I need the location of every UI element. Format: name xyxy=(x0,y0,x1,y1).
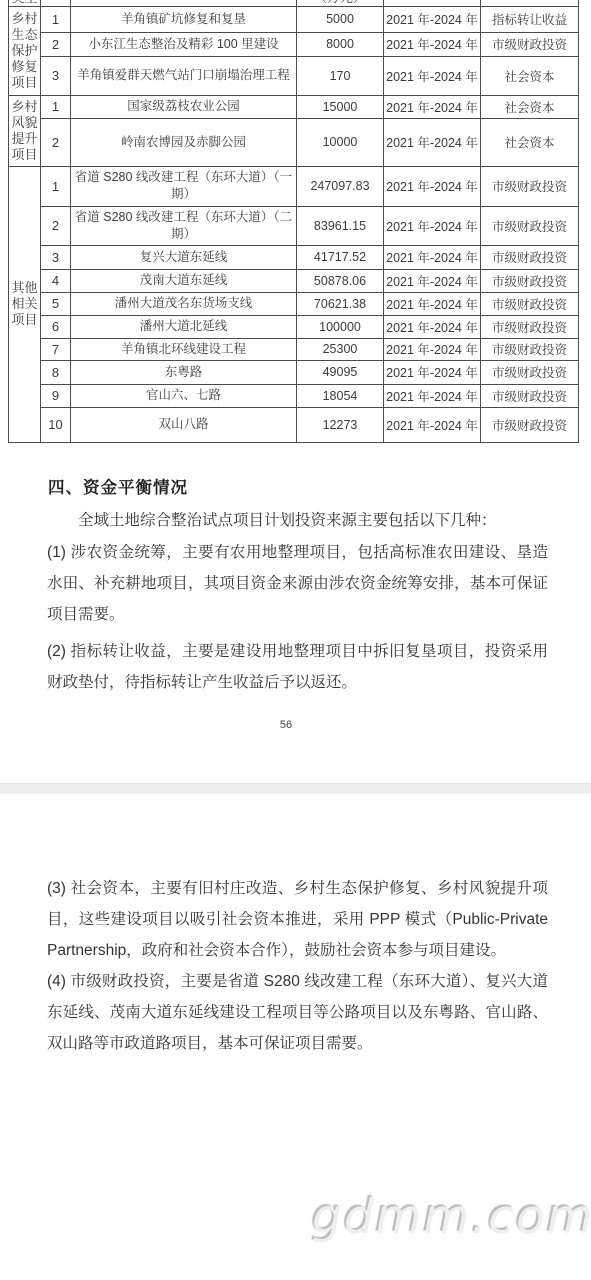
table-row: 3 复兴大道东延线 41717.52 2021 年-2024 年 市级财政投资 xyxy=(9,245,579,269)
table-row: 2 省道 S280 线改建工程（东环大道）（二期） 83961.15 2021 … xyxy=(9,206,579,245)
row-number: 3 xyxy=(41,56,71,95)
section-title: 四、资金平衡情况 xyxy=(48,474,188,498)
table-row: 乡村风貌提升项目 1 国家级荔枝农业公园 15000 2021 年-2024 年… xyxy=(9,95,579,118)
investment-amount: 10000 xyxy=(297,118,384,166)
funding-source: 市级财政投资 xyxy=(481,245,579,269)
row-number: 2 xyxy=(41,118,71,166)
project-name: 潘州大道茂名东货场支线 xyxy=(71,292,297,315)
investment-amount: 70621.38 xyxy=(297,292,384,315)
row-number: 10 xyxy=(41,407,71,442)
implementation-period: 2021 年-2024 年 xyxy=(384,32,481,56)
project-name: 小东江生态整治及精彩 100 里建设 xyxy=(71,32,297,56)
row-number: 1 xyxy=(41,95,71,118)
category-cell: 乡村生态保护修复项目 xyxy=(9,6,41,95)
table-row: 2 岭南农博园及赤脚公园 10000 2021 年-2024 年 社会资本 xyxy=(9,118,579,166)
table-row: 9 官山六、七路 18054 2021 年-2024 年 市级财政投资 xyxy=(9,384,579,407)
implementation-period: 2021 年-2024 年 xyxy=(384,407,481,442)
funding-source: 市级财政投资 xyxy=(481,206,579,245)
table-row: 10 双山八路 12273 2021 年-2024 年 市级财政投资 xyxy=(9,407,579,442)
row-number: 9 xyxy=(41,384,71,407)
implementation-period: 2021 年-2024 年 xyxy=(384,360,481,384)
row-number: 2 xyxy=(41,206,71,245)
table-row: 乡村生态保护修复项目 1 羊角镇矿坑修复和复垦 5000 2021 年-2024… xyxy=(9,6,579,32)
funding-source: 社会资本 xyxy=(481,118,579,166)
funding-source: 市级财政投资 xyxy=(481,269,579,292)
funding-source: 市级财政投资 xyxy=(481,407,579,442)
project-name: 岭南农博园及赤脚公园 xyxy=(71,118,297,166)
table-row: 2 小东江生态整治及精彩 100 里建设 8000 2021 年-2024 年 … xyxy=(9,32,579,56)
row-number: 8 xyxy=(41,360,71,384)
project-name: 茂南大道东延线 xyxy=(71,269,297,292)
paragraph-item-1: (1) 涉农资金统筹，主要有农用地整理项目，包括高标准农田建设、垦造水田、补充耕… xyxy=(47,537,548,630)
page-number: 56 xyxy=(0,719,572,731)
project-name: 羊角镇矿坑修复和复垦 xyxy=(71,6,297,32)
project-name: 国家级荔枝农业公园 xyxy=(71,95,297,118)
row-number: 1 xyxy=(41,6,71,32)
funding-source: 市级财政投资 xyxy=(481,338,579,360)
paragraph-item-4: (4) 市级财政投资，主要是省道 S280 线改建工程（东环大道）、复兴大道东延… xyxy=(47,966,548,1059)
investment-amount: 100000 xyxy=(297,315,384,338)
document-page-view: { "page1": { "table": { "header_remnant"… xyxy=(0,0,591,1280)
project-name: 羊角镇北环线建设工程 xyxy=(71,338,297,360)
implementation-period: 2021 年-2024 年 xyxy=(384,6,481,32)
investment-amount: 5000 xyxy=(297,6,384,32)
implementation-period: 2021 年-2024 年 xyxy=(384,384,481,407)
table-row: 6 潘州大道北延线 100000 2021 年-2024 年 市级财政投资 xyxy=(9,315,579,338)
implementation-period: 2021 年-2024 年 xyxy=(384,95,481,118)
project-name: 复兴大道东延线 xyxy=(71,245,297,269)
project-name: 省道 S280 线改建工程（东环大道）（二期） xyxy=(71,206,297,245)
implementation-period: 2021 年-2024 年 xyxy=(384,56,481,95)
project-name: 官山六、七路 xyxy=(71,384,297,407)
row-number: 3 xyxy=(41,245,71,269)
investment-amount: 8000 xyxy=(297,32,384,56)
implementation-period: 2021 年-2024 年 xyxy=(384,338,481,360)
implementation-period: 2021 年-2024 年 xyxy=(384,315,481,338)
project-name: 省道 S280 线改建工程（东环大道）（一期） xyxy=(71,166,297,206)
project-investment-table: 类型 （万元） 乡村生态保护修复项目 1 羊角镇矿坑修复和复垦 5000 202… xyxy=(8,0,579,443)
investment-amount: 49095 xyxy=(297,360,384,384)
funding-source: 市级财政投资 xyxy=(481,32,579,56)
investment-amount: 15000 xyxy=(297,95,384,118)
paragraph-intro: 全域土地综合整治试点项目计划投资来源主要包括以下几种： xyxy=(47,505,548,536)
category-cell: 其他相关项目 xyxy=(9,166,41,442)
category-cell: 乡村风貌提升项目 xyxy=(9,95,41,166)
project-name: 潘州大道北延线 xyxy=(71,315,297,338)
table-row: 4 茂南大道东延线 50878.06 2021 年-2024 年 市级财政投资 xyxy=(9,269,579,292)
investment-amount: 170 xyxy=(297,56,384,95)
funding-source: 社会资本 xyxy=(481,95,579,118)
row-number: 4 xyxy=(41,269,71,292)
funding-source: 市级财政投资 xyxy=(481,360,579,384)
project-name: 双山八路 xyxy=(71,407,297,442)
row-number: 2 xyxy=(41,32,71,56)
row-number: 7 xyxy=(41,338,71,360)
row-number: 5 xyxy=(41,292,71,315)
page-2: (3) 社会资本，主要有旧村庄改造、乡村生态保护修复、乡村风貌提升项目，这些建设… xyxy=(0,794,591,1280)
row-number: 6 xyxy=(41,315,71,338)
paragraph-item-2: (2) 指标转让收益，主要是建设用地整理项目中拆旧复垦项目，投资采用财政垫付，待… xyxy=(47,636,548,698)
funding-source: 社会资本 xyxy=(481,56,579,95)
table-row: 8 东粤路 49095 2021 年-2024 年 市级财政投资 xyxy=(9,360,579,384)
investment-amount: 41717.52 xyxy=(297,245,384,269)
funding-source: 市级财政投资 xyxy=(481,384,579,407)
implementation-period: 2021 年-2024 年 xyxy=(384,206,481,245)
implementation-period: 2021 年-2024 年 xyxy=(384,269,481,292)
project-name: 东粤路 xyxy=(71,360,297,384)
investment-amount: 83961.15 xyxy=(297,206,384,245)
funding-source: 市级财政投资 xyxy=(481,166,579,206)
row-number: 1 xyxy=(41,166,71,206)
watermark-text: gdmm.com xyxy=(312,1190,591,1245)
implementation-period: 2021 年-2024 年 xyxy=(384,245,481,269)
investment-amount: 247097.83 xyxy=(297,166,384,206)
investment-amount: 25300 xyxy=(297,338,384,360)
investment-amount: 18054 xyxy=(297,384,384,407)
project-name: 羊角镇爱群天燃气站门口崩塌治理工程 xyxy=(71,56,297,95)
table-row: 5 潘州大道茂名东货场支线 70621.38 2021 年-2024 年 市级财… xyxy=(9,292,579,315)
funding-source: 市级财政投资 xyxy=(481,292,579,315)
funding-source: 市级财政投资 xyxy=(481,315,579,338)
page-1: 类型 （万元） 乡村生态保护修复项目 1 羊角镇矿坑修复和复垦 5000 202… xyxy=(0,0,591,783)
paragraph-item-3: (3) 社会资本，主要有旧村庄改造、乡村生态保护修复、乡村风貌提升项目，这些建设… xyxy=(47,873,548,966)
implementation-period: 2021 年-2024 年 xyxy=(384,292,481,315)
investment-amount: 50878.06 xyxy=(297,269,384,292)
table-row: 3 羊角镇爱群天燃气站门口崩塌治理工程 170 2021 年-2024 年 社会… xyxy=(9,56,579,95)
implementation-period: 2021 年-2024 年 xyxy=(384,118,481,166)
funding-source: 指标转让收益 xyxy=(481,6,579,32)
table-row: 7 羊角镇北环线建设工程 25300 2021 年-2024 年 市级财政投资 xyxy=(9,338,579,360)
implementation-period: 2021 年-2024 年 xyxy=(384,166,481,206)
page-separator xyxy=(0,783,591,794)
table-row: 其他相关项目 1 省道 S280 线改建工程（东环大道）（一期） 247097.… xyxy=(9,166,579,206)
investment-amount: 12273 xyxy=(297,407,384,442)
